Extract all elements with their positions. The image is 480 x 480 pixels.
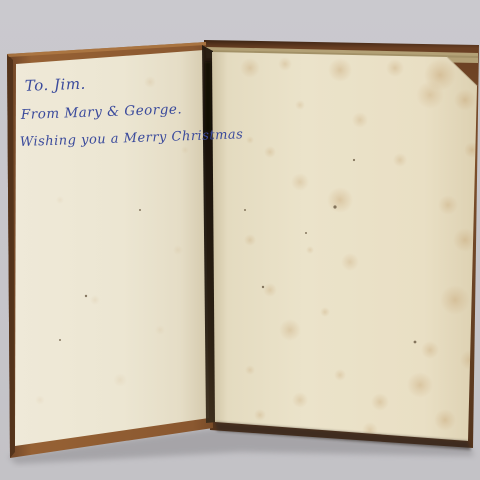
photo-scene: To. Jim. From Mary & George. Wishing you… [0,0,480,480]
right-page [212,52,477,441]
inscription-line-1: To. Jim. [25,75,87,95]
book-photo: To. Jim. From Mary & George. Wishing you… [0,0,480,480]
gutter-deep-shadow [205,62,211,132]
